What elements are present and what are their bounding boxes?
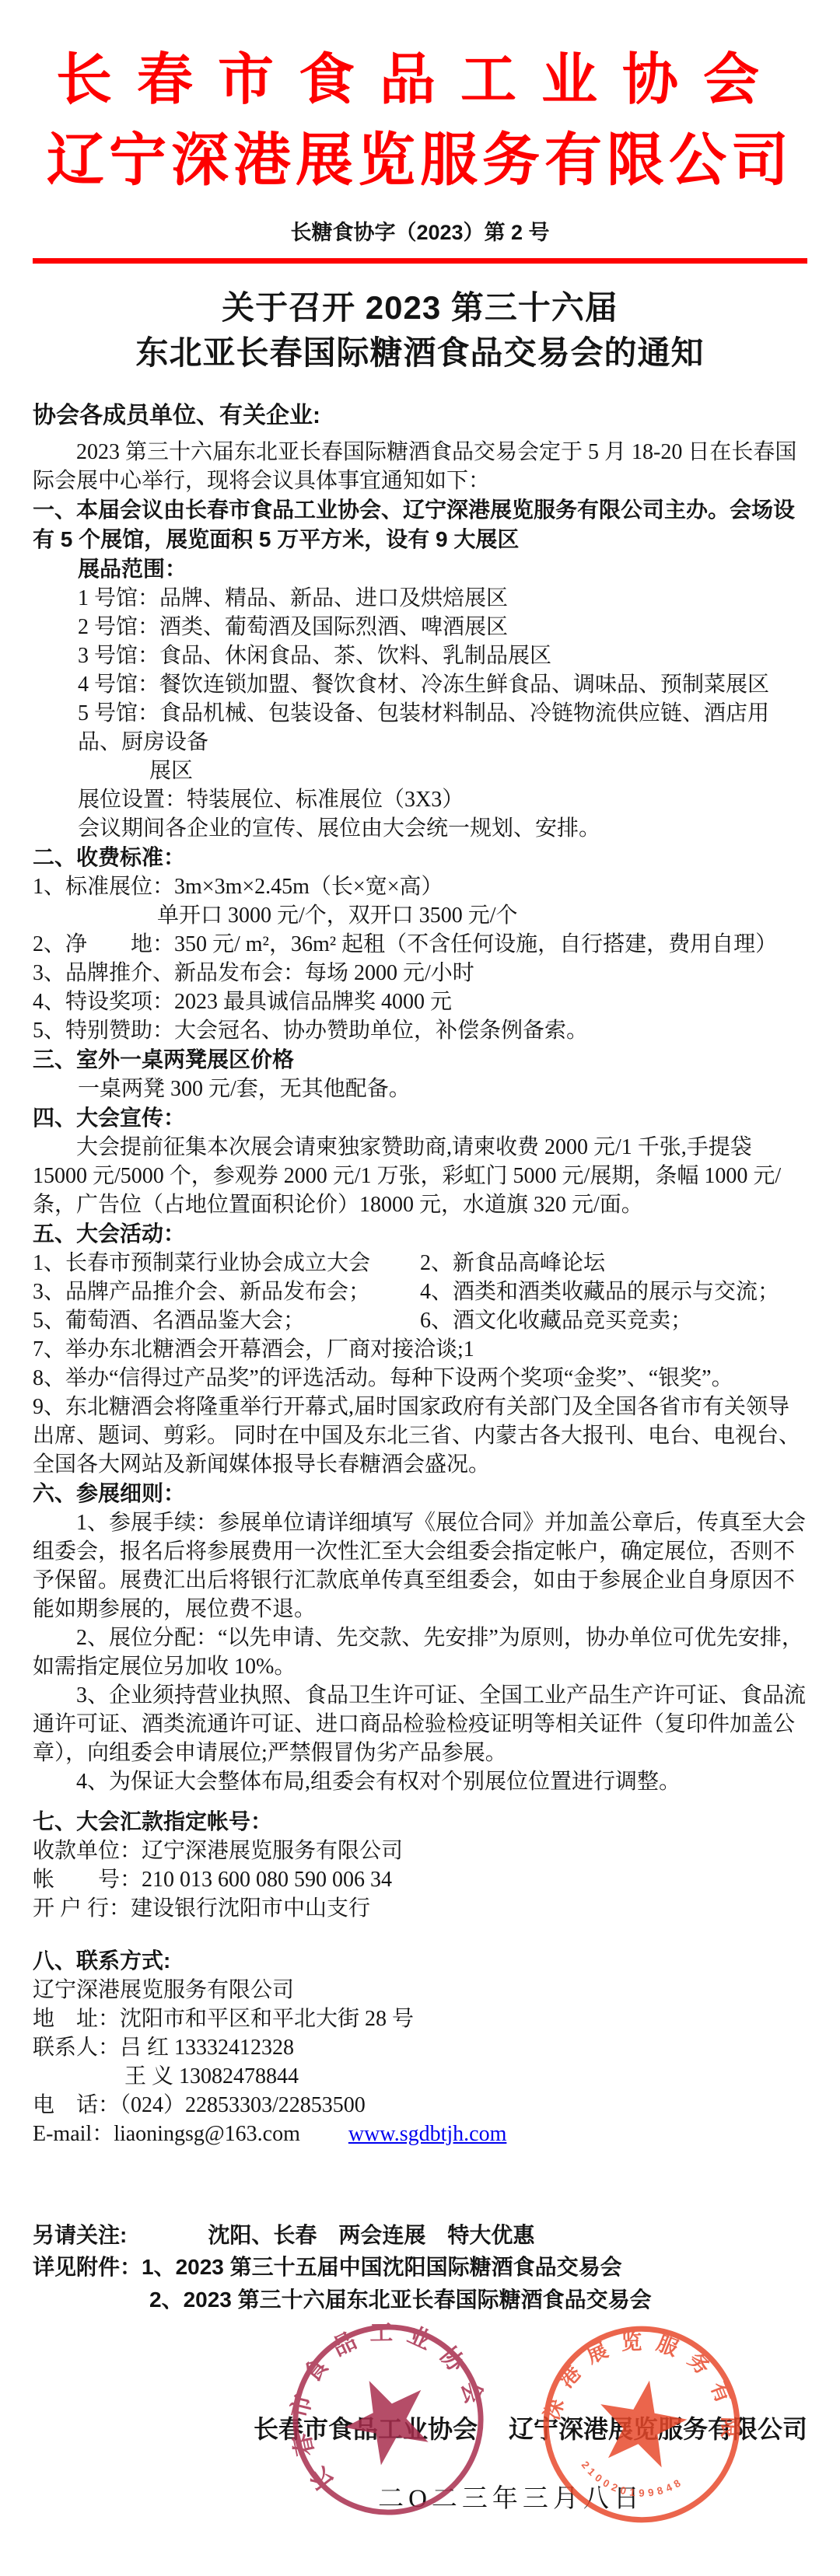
section7-heading: 七、大会汇款指定帐号：: [33, 1807, 807, 1837]
section1-heading: 一、本届会议由长春市食品工业协会、辽宁深港展览服务有限公司主办。会场设有 5 个…: [33, 495, 807, 554]
hall-5-continuation: 展区: [33, 757, 807, 785]
salutation: 协会各成员单位、有关企业:: [33, 400, 807, 432]
payee-line: 收款单位：辽宁深港展览服务有限公司: [33, 1837, 807, 1865]
notice-title-line2: 东北亚长春国际糖酒食品交易会的通知: [33, 330, 807, 376]
signature-block: 长春市食品工业协会 辽宁深港展览服务有限公司 二O二三年三月八日 长春市食品工业…: [33, 2327, 807, 2560]
hall-4: 4 号馆：餐饮连锁加盟、餐饮食材、冷冻生鲜食品、调味品、预制菜展区: [33, 670, 807, 699]
rule-item-3: 3、企业须持营业执照、食品卫生许可证、全国工业产品生产许可证、食品流通许可证、酒…: [33, 1681, 807, 1767]
publicity-paragraph: 大会提前征集本次展会请柬独家赞助商,请柬收费 2000 元/1 千张,手提袋 1…: [33, 1133, 807, 1219]
signature-org-2: 辽宁深港展览服务有限公司: [509, 2410, 807, 2445]
fee-item-2: 2、净 地：350 元/ m²，36m² 起租（不含任何设施，自行搭建，费用自理…: [33, 930, 807, 959]
intro-paragraph: 2023 第三十六届东北亚长春国际糖酒食品交易会定于 5 月 18-20 日在长…: [33, 438, 807, 495]
header-org-line1: 长春市食品工业协会: [33, 40, 807, 120]
hall-2: 2 号馆：酒类、葡萄酒及国际烈酒、啤酒展区: [33, 613, 807, 641]
stamp-left-arc-text: 长春市食品工业协会: [254, 2286, 497, 2499]
activity-2: 2、新食品高峰论坛: [420, 1249, 605, 1278]
notice-document: 长春市食品工业协会 辽宁深港展览服务有限公司 长糖食协字（2023）第 2 号 …: [0, 0, 840, 2576]
signature-org-1: 长春市食品工业协会: [254, 2410, 478, 2445]
email-row: E-mail：liaoningsg@163.com www.sgdbtjh.co…: [33, 2120, 807, 2148]
notice-title: 关于召开 2023 第三十六届 东北亚长春国际糖酒食品交易会的通知: [33, 285, 807, 376]
red-divider-rule: [33, 258, 807, 264]
attention-text: 沈阳、长春 两会连展 特大优惠: [208, 2220, 534, 2251]
section2-heading: 二、收费标准：: [33, 843, 807, 872]
signature-date: 二O二三年三月八日: [33, 2478, 807, 2515]
hall-3: 3 号馆：食品、休闲食品、茶、饮料、乳制品展区: [33, 641, 807, 670]
fee-item-1-sub: 单开口 3000 元/个，双开口 3500 元/个: [33, 901, 807, 930]
unified-planning-note: 会议期间各企业的宣传、展位由大会统一规划、安排。: [33, 814, 807, 843]
activity-row-1: 1、长春市预制菜行业协会成立大会 2、新食品高峰论坛: [33, 1249, 807, 1278]
activity-9: 9、东北糖酒会将隆重举行开幕式,届时国家政府有关部门及全国各省市有关领导出席、题…: [33, 1393, 807, 1479]
hall-5: 5 号馆：食品机械、包装设备、包装材料制品、冷链物流供应链、酒店用品、厨房设备: [33, 699, 807, 757]
activity-row-3: 5、葡萄酒、名酒品鉴大会； 6、酒文化收藏品竞买竞卖；: [33, 1306, 807, 1335]
fee-item-5: 5、特别赞助：大会冠名、协办赞助单位，补偿条例备索。: [33, 1016, 807, 1045]
activity-6: 6、酒文化收藏品竞买竞卖；: [420, 1306, 692, 1335]
contact-person-2: 王 义 13082478844: [33, 2062, 807, 2091]
section5-heading: 五、大会活动：: [33, 1219, 807, 1249]
fee-item-3: 3、品牌推介、新品发布会：每场 2000 元/小时: [33, 959, 807, 987]
rule-item-1: 1、参展手续：参展单位请详细填写《展位合同》并加盖公章后，传真至大会组委会，报名…: [33, 1508, 807, 1624]
header-org-line2: 辽宁深港展览服务有限公司: [33, 120, 807, 201]
website-link[interactable]: www.sgdbtjh.com: [348, 2120, 507, 2148]
hall-1: 1 号馆：品牌、精品、新品、进口及烘焙展区: [33, 584, 807, 613]
phone-line: 电 话：（024）22853303/22853500: [33, 2091, 807, 2120]
fee-item-4: 4、特设奖项：2023 最具诚信品牌奖 4000 元: [33, 987, 807, 1016]
activity-3: 3、品牌产品推介会、新品发布会；: [33, 1278, 420, 1306]
outdoor-price-line: 一桌两凳 300 元/套，无其他配备。: [33, 1075, 807, 1103]
bank-line: 开 户 行：建设银行沈阳市中山支行: [33, 1894, 807, 1923]
svg-text:长春市食品工业协会: 长春市食品工业协会: [254, 2286, 497, 2499]
attachment-line-2: 2、2023 第三十六届东北亚长春国际糖酒食品交易会: [33, 2284, 807, 2316]
rule-item-4: 4、为保证大会整体布局,组委会有权对个别展位位置进行调整。: [33, 1767, 807, 1796]
activity-row-2: 3、品牌产品推介会、新品发布会； 4、酒类和酒类收藏品的展示与交流；: [33, 1278, 807, 1306]
attachment-line-1: 详见附件：1、2023 第三十五届中国沈阳国际糖酒食品交易会: [33, 2251, 807, 2284]
fee-item-1: 1、标准展位：3m×3m×2.45m（长×宽×高）: [33, 872, 807, 901]
contact-person-1: 联系人：吕 红 13332412328: [33, 2033, 807, 2062]
notice-title-line1: 关于召开 2023 第三十六届: [33, 285, 807, 330]
section6-heading: 六、参展细则：: [33, 1479, 807, 1508]
section4-heading: 四、大会宣传：: [33, 1103, 807, 1133]
attention-label: 另请关注:: [33, 2220, 127, 2251]
section8-heading: 八、联系方式:: [33, 1946, 807, 1976]
section3-heading: 三、室外一桌两凳展区价格: [33, 1045, 807, 1075]
booth-setup-line: 展位设置：特装展位、标准展位（3X3）: [33, 785, 807, 814]
email-text: E-mail：liaoningsg@163.com: [33, 2120, 300, 2148]
activity-5: 5、葡萄酒、名酒品鉴大会；: [33, 1306, 420, 1335]
account-number-line: 帐 号：210 013 600 080 590 006 34: [33, 1865, 807, 1894]
document-number: 长糖食协字（2023）第 2 号: [33, 219, 807, 246]
activity-4: 4、酒类和酒类收藏品的展示与交流；: [420, 1278, 779, 1306]
exhibit-scope-label: 展品范围：: [33, 554, 807, 584]
signature-orgs: 长春市食品工业协会 辽宁深港展览服务有限公司: [33, 2410, 807, 2445]
address-line: 地 址：沈阳市和平区和平北大街 28 号: [33, 2005, 807, 2033]
activity-7: 7、举办东北糖酒会开幕酒会，厂商对接洽谈;1: [33, 1335, 807, 1364]
activity-1: 1、长春市预制菜行业协会成立大会: [33, 1249, 420, 1278]
activity-8: 8、举办“信得过产品奖”的评选活动。每种下设两个奖项“金奖”、“银奖”。: [33, 1364, 807, 1393]
contact-company: 辽宁深港展览服务有限公司: [33, 1976, 807, 2005]
rule-item-2: 2、展位分配：“以先申请、先交款、先安排”为原则，协办单位可优先安排，如需指定展…: [33, 1624, 807, 1681]
attention-line: 另请关注: 沈阳、长春 两会连展 特大优惠: [33, 2220, 807, 2251]
